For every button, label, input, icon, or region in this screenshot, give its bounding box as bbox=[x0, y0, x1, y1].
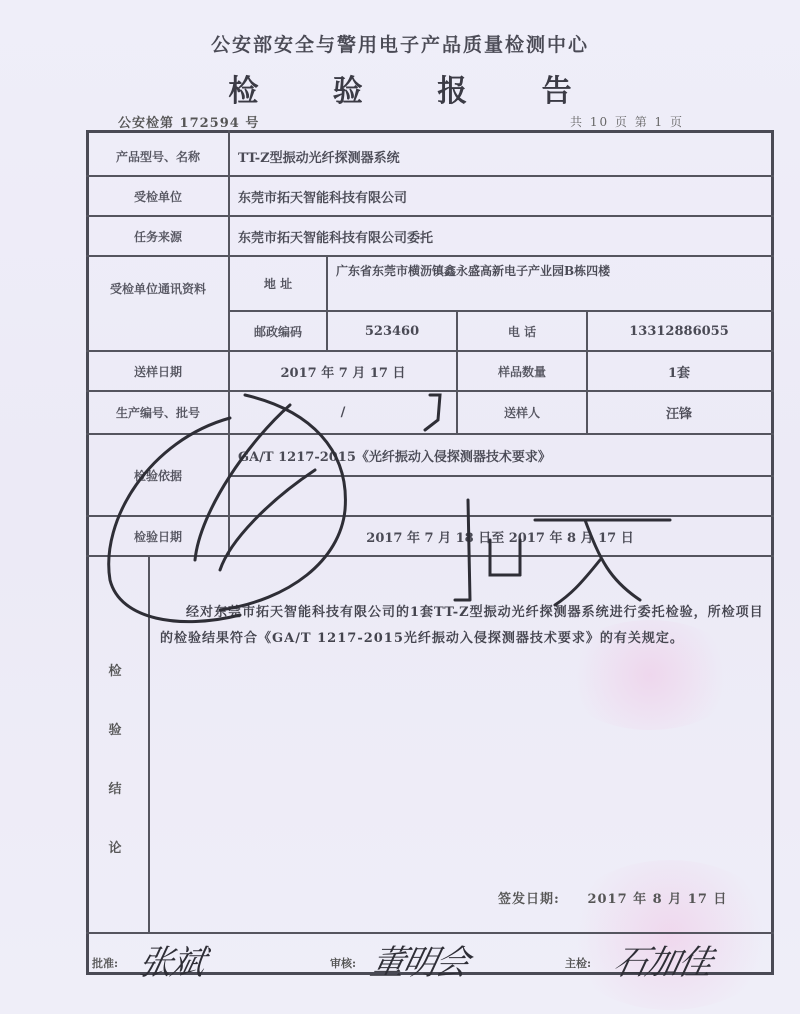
client-label: 受检单位 bbox=[90, 177, 226, 215]
sample-qty-value: 1套 bbox=[588, 352, 770, 390]
approver-label: 批准: bbox=[92, 955, 118, 971]
task-source-value: 东莞市拓天智能科技有限公司委托 bbox=[238, 217, 768, 255]
conclusion-label-char: 结 bbox=[108, 778, 121, 797]
standard-label: 检验依据 bbox=[90, 435, 226, 515]
organization-name: 公安部安全与警用电子产品质量检测中心 bbox=[0, 30, 800, 57]
sampler-value: 汪锋 bbox=[588, 392, 770, 432]
serial-label: 生产编号、批号 bbox=[90, 392, 226, 432]
product-name-value: TT-Z型振动光纤探测器系统 bbox=[238, 137, 768, 175]
contact-label: 受检单位通讯资料 bbox=[100, 278, 216, 328]
issue-date-value: 2017 年 8 月 17 日 bbox=[587, 892, 727, 907]
row-divider bbox=[86, 255, 774, 257]
issue-date: 签发日期: 2017 年 8 月 17 日 bbox=[498, 888, 727, 907]
postcode-value: 523460 bbox=[328, 312, 456, 350]
report-title: 检 验 报 告 bbox=[0, 66, 800, 110]
address-value: 广东省东莞市横沥镇鑫永盛高新电子产业园B栋四楼 bbox=[336, 260, 766, 310]
report-number: 公安检第 172594 号 bbox=[118, 112, 259, 131]
address-label: 地 址 bbox=[230, 257, 326, 310]
test-date-label: 检验日期 bbox=[90, 517, 226, 555]
client-value: 东莞市拓天智能科技有限公司 bbox=[238, 177, 768, 215]
phone-label: 电 话 bbox=[458, 312, 586, 350]
standard-value: GA/T 1217-2015《光纤振动入侵探测器技术要求》 bbox=[238, 436, 768, 474]
row-divider bbox=[86, 932, 774, 934]
phone-value: 13312886055 bbox=[588, 312, 770, 350]
conclusion-label-char: 论 bbox=[108, 837, 121, 856]
conclusion-label: 检 验 结 论 bbox=[95, 660, 135, 856]
issue-date-label: 签发日期: bbox=[498, 892, 560, 907]
sample-date-label: 送样日期 bbox=[90, 352, 226, 390]
conclusion-text: 经对东莞市拓天智能科技有限公司的1套TT-Z型振动光纤探测器系统进行委托检验，所… bbox=[160, 600, 765, 652]
row-divider bbox=[228, 475, 774, 477]
row-divider bbox=[86, 555, 774, 557]
task-source-label: 任务来源 bbox=[90, 217, 226, 255]
sample-qty-label: 样品数量 bbox=[458, 352, 586, 390]
serial-value: / bbox=[230, 392, 456, 432]
conclusion-label-char: 检 bbox=[108, 660, 121, 679]
scanned-report-page: 公安部安全与警用电子产品质量检测中心 检 验 报 告 公安检第 172594 号… bbox=[0, 0, 800, 1014]
col-divider bbox=[148, 555, 150, 932]
tester-signature: 石加佳 bbox=[610, 935, 716, 984]
page-info: 共 10 页 第 1 页 bbox=[570, 113, 684, 130]
conclusion-label-char: 验 bbox=[108, 719, 121, 738]
test-date-value: 2017 年 7 月 18 日至 2017 年 8 月 17 日 bbox=[230, 517, 770, 555]
reviewer-label: 审核: bbox=[330, 955, 356, 971]
postcode-label: 邮政编码 bbox=[230, 312, 326, 350]
reviewer-signature: 董明会 bbox=[367, 935, 473, 984]
tester-label: 主检: bbox=[565, 955, 591, 971]
sampler-label: 送样人 bbox=[458, 392, 586, 432]
approver-signature: 张斌 bbox=[135, 935, 209, 984]
product-name-label: 产品型号、名称 bbox=[90, 137, 226, 175]
sample-date-value: 2017 年 7 月 17 日 bbox=[230, 352, 456, 390]
